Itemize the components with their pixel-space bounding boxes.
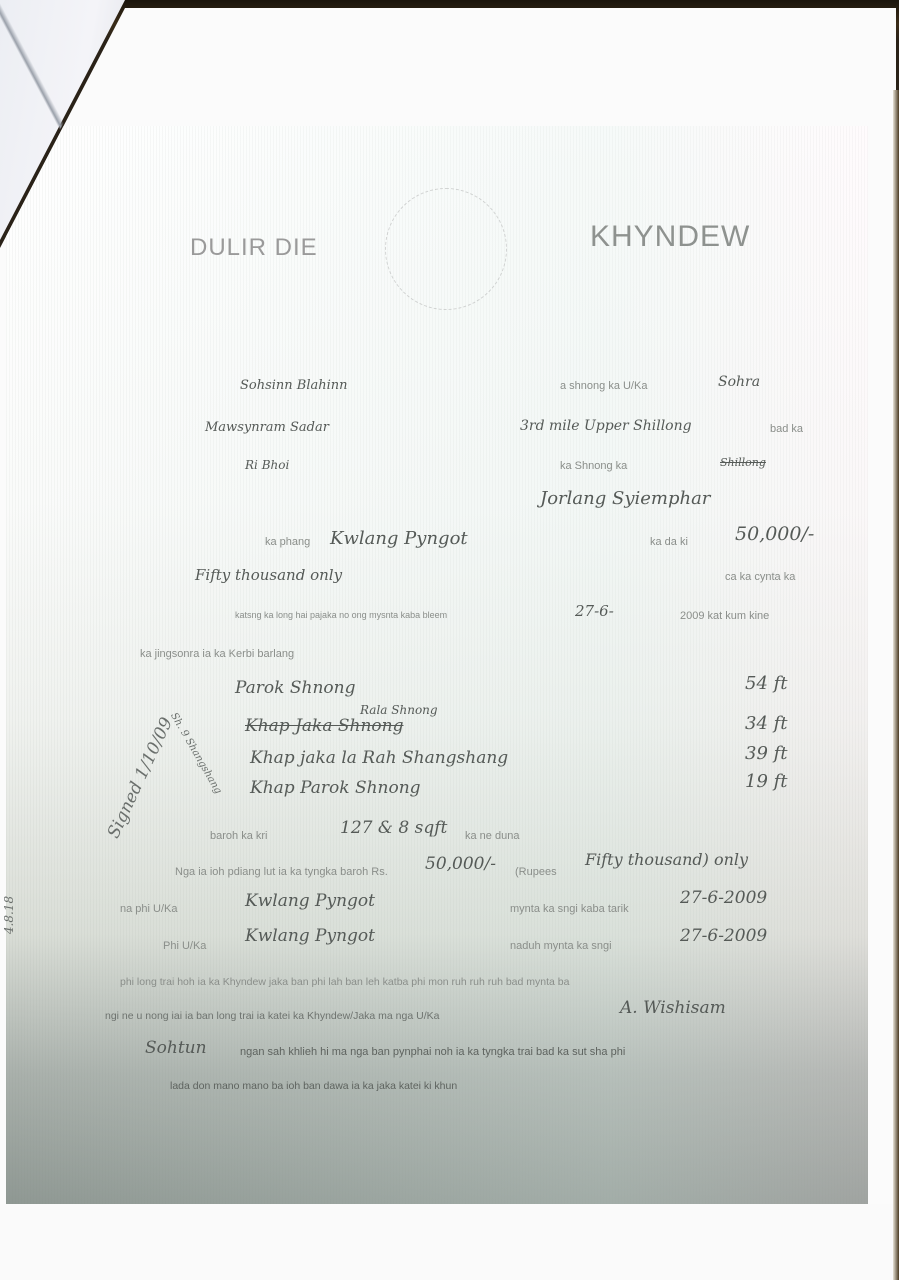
plot-4-area: 19 ft xyxy=(745,771,788,792)
witness-surname: Sohtun xyxy=(145,1038,207,1058)
plot-2-area: 34 ft xyxy=(745,713,788,734)
payment-rupees-label: (Rupees xyxy=(515,866,557,878)
printed-text-5: ka phang xyxy=(265,536,310,548)
handwritten-place-2: Mawsynram Sadar xyxy=(205,420,329,435)
seller-name: Kwlang Pyngot xyxy=(245,891,375,911)
payment-prefix: Nga ia ioh pdiang lut ia ka tyngka baroh… xyxy=(175,866,388,878)
printed-text-1: a shnong ka U/Ka xyxy=(560,380,647,392)
total-value: 127 & 8 sqft xyxy=(340,818,447,838)
plot-4-description: Khap Parok Shnong xyxy=(250,778,421,798)
payment-amount-words: Fifty thousand) only xyxy=(585,850,748,869)
plot-3-description: Khap jaka la Rah Shangshang xyxy=(250,748,508,768)
total-prefix: baroh ka kri xyxy=(210,830,267,842)
buyer-date: 27-6-2009 xyxy=(680,926,767,946)
seller-suffix: mynta ka sngi kaba tarik xyxy=(510,903,629,915)
body-line-1: phi long trai hoh ia ka Khyndew jaka ban… xyxy=(120,976,569,988)
plot-1-description: Parok Shnong xyxy=(235,678,356,698)
handwritten-name-1: Sohsinn Blahinn xyxy=(240,378,348,393)
plot-3-area: 39 ft xyxy=(745,743,788,764)
header-left: DULIR DIE xyxy=(190,234,318,262)
buyer-name: Kwlang Pyngot xyxy=(245,926,375,946)
header-right: KHYNDEW xyxy=(590,220,750,254)
body-line-2: ngi ne u nong iai ia ban long trai ia ka… xyxy=(105,1010,439,1022)
handwritten-shnong: Shillong xyxy=(720,456,766,469)
total-suffix: ka ne duna xyxy=(465,830,519,842)
payment-amount: 50,000/- xyxy=(425,854,496,874)
plot-2-description: Khap Jaka Shnong xyxy=(245,716,403,736)
printed-text-7: katsng ka long hai pajaka no ong mysnta … xyxy=(235,610,447,620)
handwritten-seller-name: Kwlang Pyngot xyxy=(330,528,468,549)
plot-2-note: Rala Shnong xyxy=(360,703,438,717)
document-header: DULIR DIE KHYNDEW xyxy=(190,234,790,274)
document-sheet: DULIR DIE KHYNDEW Sohsinn Blahinn a shno… xyxy=(0,8,896,1280)
handwritten-district: Ri Bhoi xyxy=(245,458,289,472)
printed-text-3: ka Shnong ka xyxy=(560,460,627,472)
handwritten-date-1: 27-6- xyxy=(575,602,614,620)
seller-prefix: na phi U/Ka xyxy=(120,903,177,915)
body-line-3: ngan sah khlieh hi ma nga ban pynphai no… xyxy=(240,1046,625,1058)
handwritten-amount-words-1: Fifty thousand only xyxy=(195,566,342,584)
body-line-4: lada don mano mano ba ioh ban dawa ia ka… xyxy=(170,1080,457,1092)
page-edge-shadow xyxy=(893,90,899,1280)
buyer-suffix: naduh mynta ka sngi xyxy=(510,940,612,952)
printed-text-5b: ka da ki xyxy=(650,536,688,548)
plot-1-area: 54 ft xyxy=(745,673,788,694)
handwritten-amount-1: 50,000/- xyxy=(735,523,814,545)
printed-text-6: ca ka cynta ka xyxy=(725,571,795,583)
handwritten-place-1: Sohra xyxy=(718,374,760,390)
printed-text-8: ka jingsonra ia ka Kerbi barlang xyxy=(140,648,294,660)
seller-date: 27-6-2009 xyxy=(680,888,767,908)
handwritten-name-2: Jorlang Syiemphar xyxy=(540,488,710,509)
page-bottom-margin xyxy=(0,1204,896,1280)
printed-text-2: bad ka xyxy=(770,423,803,435)
witness-name: A. Wishisam xyxy=(620,998,726,1018)
buyer-prefix: Phi U/Ka xyxy=(163,940,206,952)
printed-text-7b: 2009 kat kum kine xyxy=(680,610,769,622)
handwritten-address: 3rd mile Upper Shillong xyxy=(520,418,692,434)
margin-left-column: 4.8.18 xyxy=(2,896,16,934)
